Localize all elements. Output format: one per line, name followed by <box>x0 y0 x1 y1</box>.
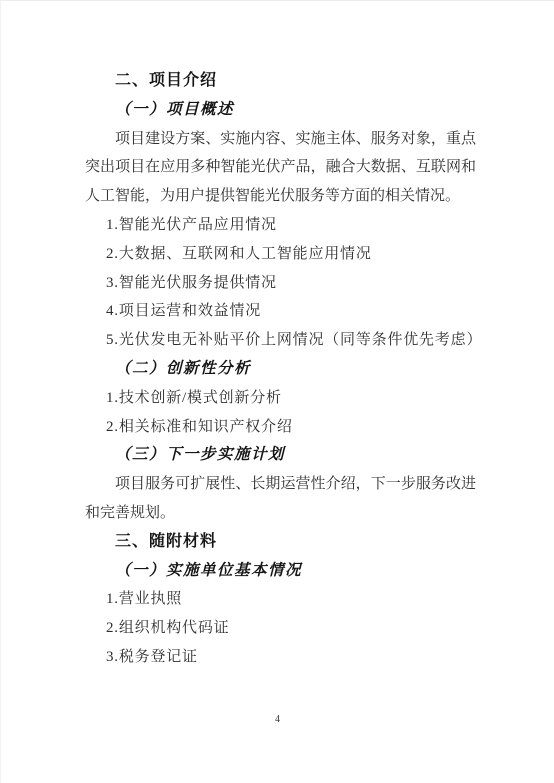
list-item: 5.光伏发电无补贴平价上网情况（同等条件优先考虑） <box>85 326 476 355</box>
paragraph: 项目建设方案、实施内容、实施主体、服务对象，重点突出项目在应用多种智能光伏产品，… <box>85 125 476 211</box>
document-body: 二、项目介绍（一）项目概述项目建设方案、实施内容、实施主体、服务对象，重点突出项… <box>85 67 476 672</box>
subsection-heading: （三）下一步实施计划 <box>85 441 476 470</box>
section-heading: 三、随附材料 <box>85 528 476 557</box>
list-item: 3.税务登记证 <box>85 643 476 672</box>
subsection-heading: （二）创新性分析 <box>85 355 476 384</box>
list-item: 3.智能光伏服务提供情况 <box>85 269 476 298</box>
list-item: 1.技术创新/模式创新分析 <box>85 384 476 413</box>
list-item: 1.智能光伏产品应用情况 <box>85 211 476 240</box>
list-item: 2.大数据、互联网和人工智能应用情况 <box>85 240 476 269</box>
list-item: 4.项目运营和效益情况 <box>85 297 476 326</box>
list-item: 1.营业执照 <box>85 585 476 614</box>
document-page: 二、项目介绍（一）项目概述项目建设方案、实施内容、实施主体、服务对象，重点突出项… <box>0 0 554 783</box>
section-heading: 二、项目介绍 <box>85 67 476 96</box>
subsection-heading: （一）项目概述 <box>85 96 476 125</box>
page-number: 4 <box>1 713 554 727</box>
paragraph: 项目服务可扩展性、长期运营性介绍，下一步服务改进和完善规划。 <box>85 470 476 528</box>
subsection-heading: （一）实施单位基本情况 <box>85 557 476 586</box>
list-item: 2.组织机构代码证 <box>85 614 476 643</box>
list-item: 2.相关标准和知识产权介绍 <box>85 413 476 442</box>
